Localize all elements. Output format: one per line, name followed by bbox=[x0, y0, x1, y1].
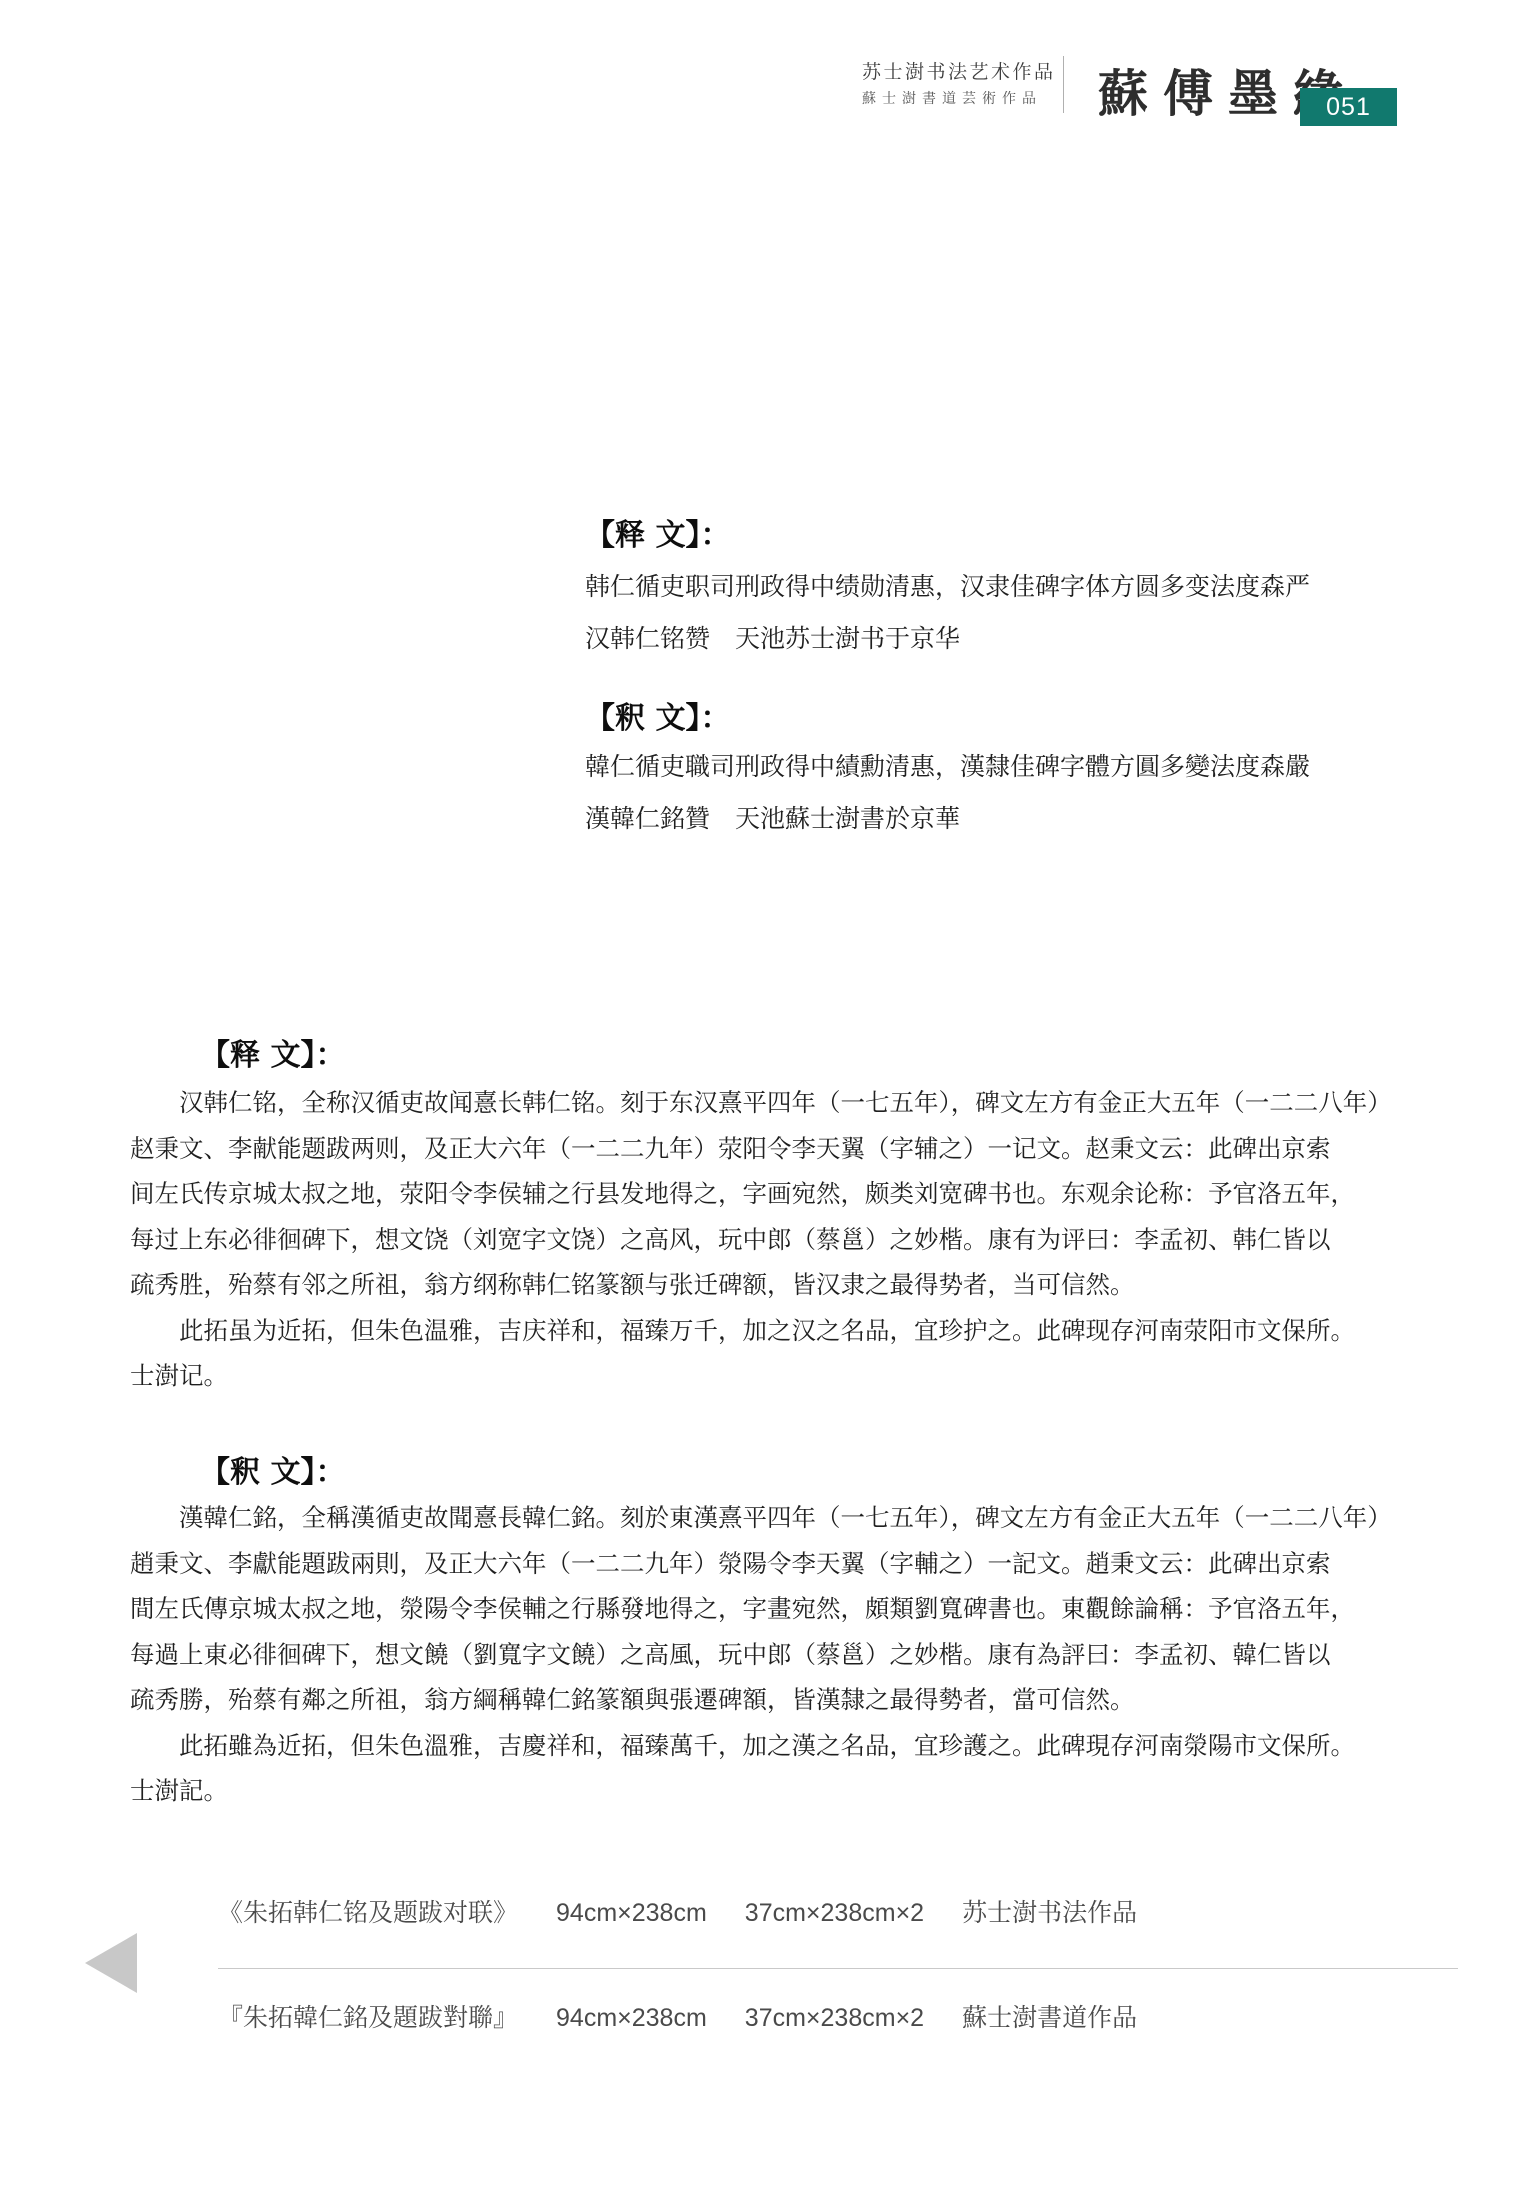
commentary-jp-paragraphs: 漢韓仁銘，全稱漢循吏故聞憙長韓仁銘。刻於東漢熹平四年（一七五年），碑文左方有金正… bbox=[130, 1495, 1392, 1814]
caption-japanese: 『朱拓韓仁銘及題跋對聯』 94cm×238cm 37cm×238cm×2 蘇士澍… bbox=[218, 1998, 1137, 2034]
caption-simplified: 《朱拓韩仁铭及题跋对联》 94cm×238cm 37cm×238cm×2 苏士澍… bbox=[218, 1893, 1137, 1929]
header-title-japanese: 蘇士澍書道芸術作品 bbox=[862, 88, 1042, 108]
section-heading-shiwen-commentary: 【释 文】： bbox=[200, 1030, 345, 1074]
caption-size-side: 37cm×238cm×2 bbox=[745, 1899, 924, 1928]
commentary-line: 间左氏传京城太叔之地，荥阳令李侯辅之行县发地得之，字画宛然，颇类刘宽碑书也。东观… bbox=[130, 1171, 1392, 1217]
caption-credit: 苏士澍书法作品 bbox=[962, 1893, 1137, 1929]
page-number-badge: 051 bbox=[1300, 88, 1397, 126]
commentary-jp-line: 趙秉文、李獻能題跋兩則，及正大六年（一二二九年）滎陽令李天翼（字輔之）一記文。趙… bbox=[130, 1541, 1392, 1587]
section-heading-shakubun-commentary: 【釈 文】： bbox=[200, 1447, 345, 1491]
caption-size-side: 37cm×238cm×2 bbox=[745, 2004, 924, 2033]
header-divider bbox=[1063, 56, 1064, 113]
commentary-line: 疏秀胜，殆蔡有邻之所祖，翁方纲称韩仁铭篆额与张迁碑额，皆汉隶之最得势者，当可信然… bbox=[130, 1262, 1392, 1308]
commentary-jp-line: 疏秀勝，殆蔡有鄰之所祖，翁方綱稱韓仁銘篆額與張遷碑額，皆漢隸之最得勢者，當可信然… bbox=[130, 1677, 1392, 1723]
caption-size-main: 94cm×238cm bbox=[556, 1899, 707, 1928]
caption-title: 『朱拓韓仁銘及題跋對聯』 bbox=[218, 1998, 518, 2034]
header-title-simplified: 苏士澍书法艺术作品 bbox=[862, 57, 1056, 84]
commentary-line: 赵秉文、李献能题跋两则，及正大六年（一二二九年）荥阳令李天翼（字辅之）一记文。赵… bbox=[130, 1126, 1392, 1172]
caption-credit: 蘇士澍書道作品 bbox=[962, 1998, 1137, 2034]
commentary-jp-line: 漢韓仁銘，全稱漢循吏故聞憙長韓仁銘。刻於東漢熹平四年（一七五年），碑文左方有金正… bbox=[130, 1495, 1392, 1541]
commentary-jp-line: 間左氏傳京城太叔之地，滎陽令李侯輔之行縣發地得之，字畫宛然，頗類劉寬碑書也。東觀… bbox=[130, 1586, 1392, 1632]
shiwen-small-line: 汉韩仁铭赞 天池苏士澍书于京华 bbox=[585, 619, 960, 655]
commentary-line: 此拓虽为近拓，但朱色温雅，吉庆祥和，福臻万千，加之汉之名品，宜珍护之。此碑现存河… bbox=[130, 1308, 1392, 1354]
left-arrow-icon bbox=[85, 1933, 137, 1993]
section-heading-shakubun-small: 【釈 文】： bbox=[585, 693, 730, 737]
commentary-jp-line: 每過上東必徘徊碑下，想文饒（劉寬字文饒）之高風，玩中郎（蔡邕）之妙楷。康有為評曰… bbox=[130, 1632, 1392, 1678]
caption-size-main: 94cm×238cm bbox=[556, 2004, 707, 2033]
caption-title: 《朱拓韩仁铭及题跋对联》 bbox=[218, 1893, 518, 1929]
commentary-line: 士澍记。 bbox=[130, 1353, 1392, 1399]
page-number: 051 bbox=[1326, 93, 1371, 122]
shakubun-small-line: 韓仁循吏職司刑政得中績勳清惠，漢隸佳碑字體方圓多變法度森嚴 bbox=[585, 747, 1310, 783]
commentary-line: 每过上东必徘徊碑下，想文饶（刘宽字文饶）之高风，玩中郎（蔡邕）之妙楷。康有为评曰… bbox=[130, 1217, 1392, 1263]
caption-divider bbox=[218, 1968, 1458, 1969]
section-heading-shiwen-small: 【释 文】： bbox=[585, 510, 730, 554]
commentary-jp-line: 士澍記。 bbox=[130, 1768, 1392, 1814]
commentary-paragraphs: 汉韩仁铭，全称汉循吏故闻憙长韩仁铭。刻于东汉熹平四年（一七五年），碑文左方有金正… bbox=[130, 1080, 1392, 1399]
commentary-jp-line: 此拓雖為近拓，但朱色溫雅，吉慶祥和，福臻萬千，加之漢之名品，宜珍護之。此碑現存河… bbox=[130, 1723, 1392, 1769]
shakubun-small-line: 漢韓仁銘贊 天池蘇士澍書於京華 bbox=[585, 799, 960, 835]
shiwen-small-line: 韩仁循吏职司刑政得中绩勋清惠，汉隶佳碑字体方圆多变法度森严 bbox=[585, 567, 1310, 603]
commentary-line: 汉韩仁铭，全称汉循吏故闻憙长韩仁铭。刻于东汉熹平四年（一七五年），碑文左方有金正… bbox=[130, 1080, 1392, 1126]
